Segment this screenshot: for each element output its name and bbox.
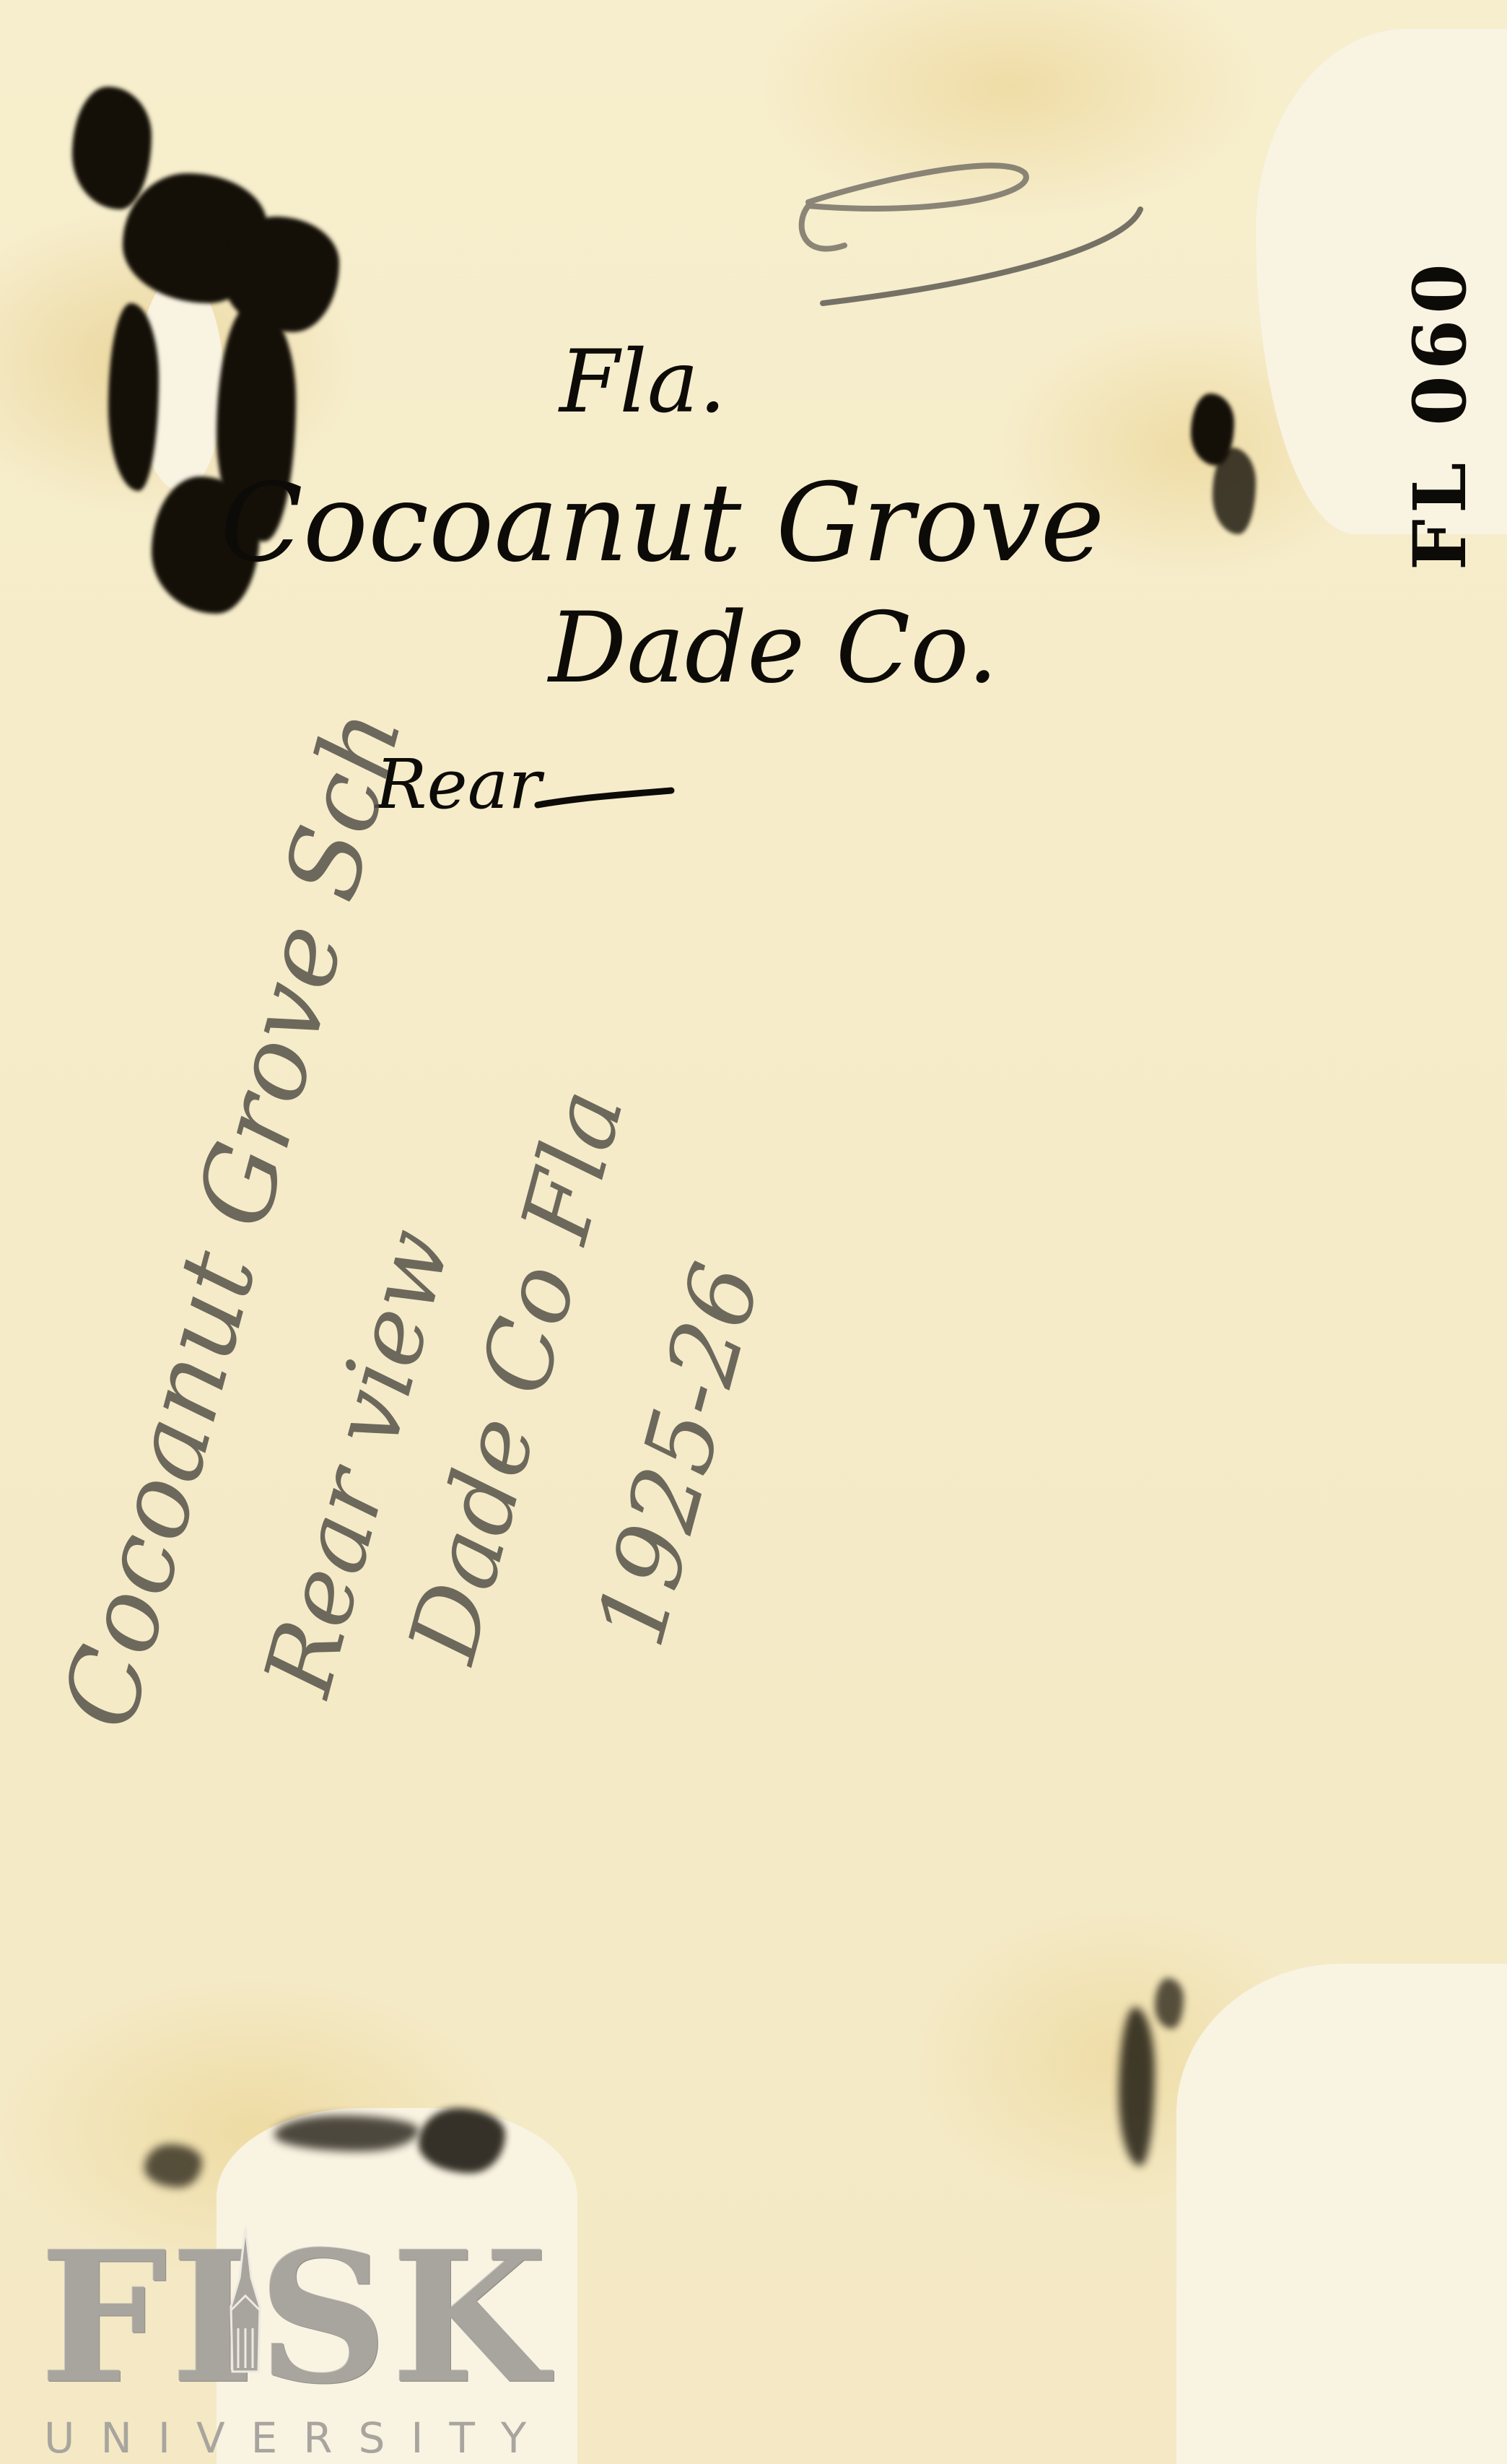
bell-tower-icon (217, 2227, 274, 2386)
pencil-circle-mark (787, 137, 1176, 325)
ink-underline-stroke (534, 783, 678, 812)
ink-text-state: Fla. (559, 339, 726, 426)
ink-text-place: Cocoanut Grove (220, 469, 1104, 578)
fisk-university-watermark: FISK UNIVERSITY (40, 2227, 617, 2463)
watermark-subtitle: UNIVERSITY (40, 2413, 617, 2463)
catalog-number: FL 060 (1404, 397, 1476, 570)
peeled-patch-bottom-right (1176, 1964, 1507, 2464)
ink-text-county: Dade Co. (549, 599, 998, 697)
watermark-name: FISK (40, 2227, 617, 2408)
